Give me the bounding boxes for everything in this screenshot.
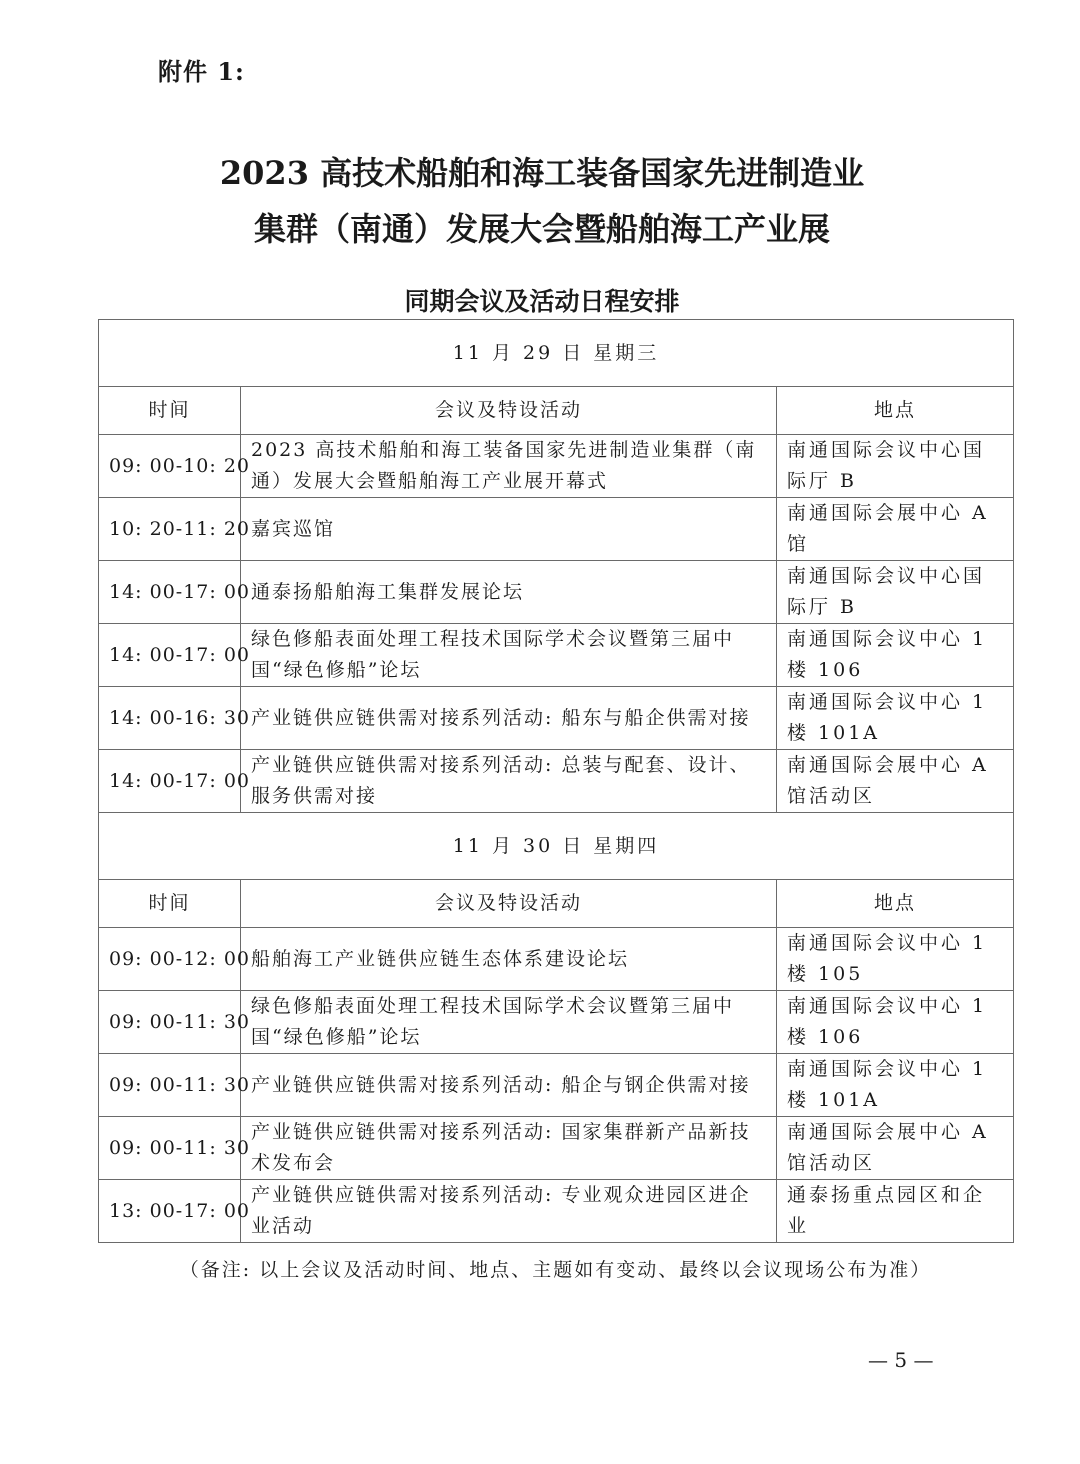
time-cell: 09: 00-11: 30 xyxy=(99,991,241,1054)
table-row: 14: 00-17: 00 通泰扬船舶海工集群发展论坛 南通国际会议中心国际厅 … xyxy=(99,561,1014,624)
date-row: 11 月 30 日 星期四 xyxy=(99,813,1014,880)
document-title-line-2: 集群（南通）发展大会暨船舶海工产业展 xyxy=(42,204,1042,250)
page-number: — 5 — xyxy=(868,1348,933,1372)
activity-cell: 通泰扬船舶海工集群发展论坛 xyxy=(241,561,777,624)
location-cell: 南通国际会议中心 1 楼 105 xyxy=(777,928,1014,991)
schedule-subtitle: 同期会议及活动日程安排 xyxy=(42,282,1042,318)
time-cell: 13: 00-17: 00 xyxy=(99,1180,241,1243)
table-row: 10: 20-11: 20 嘉宾巡馆 南通国际会展中心 A 馆 xyxy=(99,498,1014,561)
header-activity: 会议及特设活动 xyxy=(241,880,777,928)
location-cell: 南通国际会展中心 A 馆 xyxy=(777,498,1014,561)
activity-cell: 绿色修船表面处理工程技术国际学术会议暨第三届中国“绿色修船”论坛 xyxy=(241,624,777,687)
table-row: 14: 00-17: 00 绿色修船表面处理工程技术国际学术会议暨第三届中国“绿… xyxy=(99,624,1014,687)
activity-cell: 绿色修船表面处理工程技术国际学术会议暨第三届中国“绿色修船”论坛 xyxy=(241,991,777,1054)
time-cell: 09: 00-11: 30 xyxy=(99,1117,241,1180)
location-cell: 南通国际会议中心 1 楼 106 xyxy=(777,991,1014,1054)
activity-cell: 船舶海工产业链供应链生态体系建设论坛 xyxy=(241,928,777,991)
activity-cell: 产业链供应链供需对接系列活动: 总装与配套、设计、服务供需对接 xyxy=(241,750,777,813)
location-cell: 南通国际会议中心 1 楼 106 xyxy=(777,624,1014,687)
time-cell: 09: 00-12: 00 xyxy=(99,928,241,991)
time-cell: 14: 00-17: 00 xyxy=(99,624,241,687)
table-row: 09: 00-12: 00 船舶海工产业链供应链生态体系建设论坛 南通国际会议中… xyxy=(99,928,1014,991)
activity-cell: 产业链供应链供需对接系列活动: 船东与船企供需对接 xyxy=(241,687,777,750)
time-cell: 14: 00-16: 30 xyxy=(99,687,241,750)
footnote: （备注: 以上会议及活动时间、地点、主题如有变动、最终以会议现场公布为准） xyxy=(98,1255,1013,1282)
location-cell: 南通国际会议中心 1 楼 101A xyxy=(777,1054,1014,1117)
activity-cell: 嘉宾巡馆 xyxy=(241,498,777,561)
activity-cell: 产业链供应链供需对接系列活动: 专业观众进园区进企业活动 xyxy=(241,1180,777,1243)
schedule-table: 11 月 29 日 星期三 时间 会议及特设活动 地点 09: 00-10: 2… xyxy=(98,319,1014,1243)
table-row: 14: 00-16: 30 产业链供应链供需对接系列活动: 船东与船企供需对接 … xyxy=(99,687,1014,750)
attachment-label: 附件 1: xyxy=(158,52,245,87)
date-cell: 11 月 30 日 星期四 xyxy=(99,813,1014,880)
activity-cell: 产业链供应链供需对接系列活动: 国家集群新产品新技术发布会 xyxy=(241,1117,777,1180)
time-cell: 14: 00-17: 00 xyxy=(99,561,241,624)
time-cell: 09: 00-10: 20 xyxy=(99,435,241,498)
table-row: 09: 00-10: 20 2023 高技术船舶和海工装备国家先进制造业集群（南… xyxy=(99,435,1014,498)
time-cell: 10: 20-11: 20 xyxy=(99,498,241,561)
header-location: 地点 xyxy=(777,880,1014,928)
location-cell: 南通国际会议中心国际厅 B xyxy=(777,561,1014,624)
location-cell: 南通国际会展中心 A 馆活动区 xyxy=(777,750,1014,813)
time-cell: 09: 00-11: 30 xyxy=(99,1054,241,1117)
header-time: 时间 xyxy=(99,387,241,435)
time-cell: 14: 00-17: 00 xyxy=(99,750,241,813)
header-time: 时间 xyxy=(99,880,241,928)
header-activity: 会议及特设活动 xyxy=(241,387,777,435)
table-row: 13: 00-17: 00 产业链供应链供需对接系列活动: 专业观众进园区进企业… xyxy=(99,1180,1014,1243)
table-row: 14: 00-17: 00 产业链供应链供需对接系列活动: 总装与配套、设计、服… xyxy=(99,750,1014,813)
activity-cell: 产业链供应链供需对接系列活动: 船企与钢企供需对接 xyxy=(241,1054,777,1117)
table-row: 09: 00-11: 30 绿色修船表面处理工程技术国际学术会议暨第三届中国“绿… xyxy=(99,991,1014,1054)
location-cell: 南通国际会展中心 A 馆活动区 xyxy=(777,1117,1014,1180)
table-row: 09: 00-11: 30 产业链供应链供需对接系列活动: 船企与钢企供需对接 … xyxy=(99,1054,1014,1117)
location-cell: 南通国际会议中心国际厅 B xyxy=(777,435,1014,498)
header-row: 时间 会议及特设活动 地点 xyxy=(99,880,1014,928)
date-cell: 11 月 29 日 星期三 xyxy=(99,320,1014,387)
header-row: 时间 会议及特设活动 地点 xyxy=(99,387,1014,435)
date-row: 11 月 29 日 星期三 xyxy=(99,320,1014,387)
activity-cell: 2023 高技术船舶和海工装备国家先进制造业集群（南通）发展大会暨船舶海工产业展… xyxy=(241,435,777,498)
document-title-line-1: 2023 高技术船舶和海工装备国家先进制造业 xyxy=(42,148,1042,194)
location-cell: 南通国际会议中心 1 楼 101A xyxy=(777,687,1014,750)
table-row: 09: 00-11: 30 产业链供应链供需对接系列活动: 国家集群新产品新技术… xyxy=(99,1117,1014,1180)
location-cell: 通泰扬重点园区和企业 xyxy=(777,1180,1014,1243)
header-location: 地点 xyxy=(777,387,1014,435)
